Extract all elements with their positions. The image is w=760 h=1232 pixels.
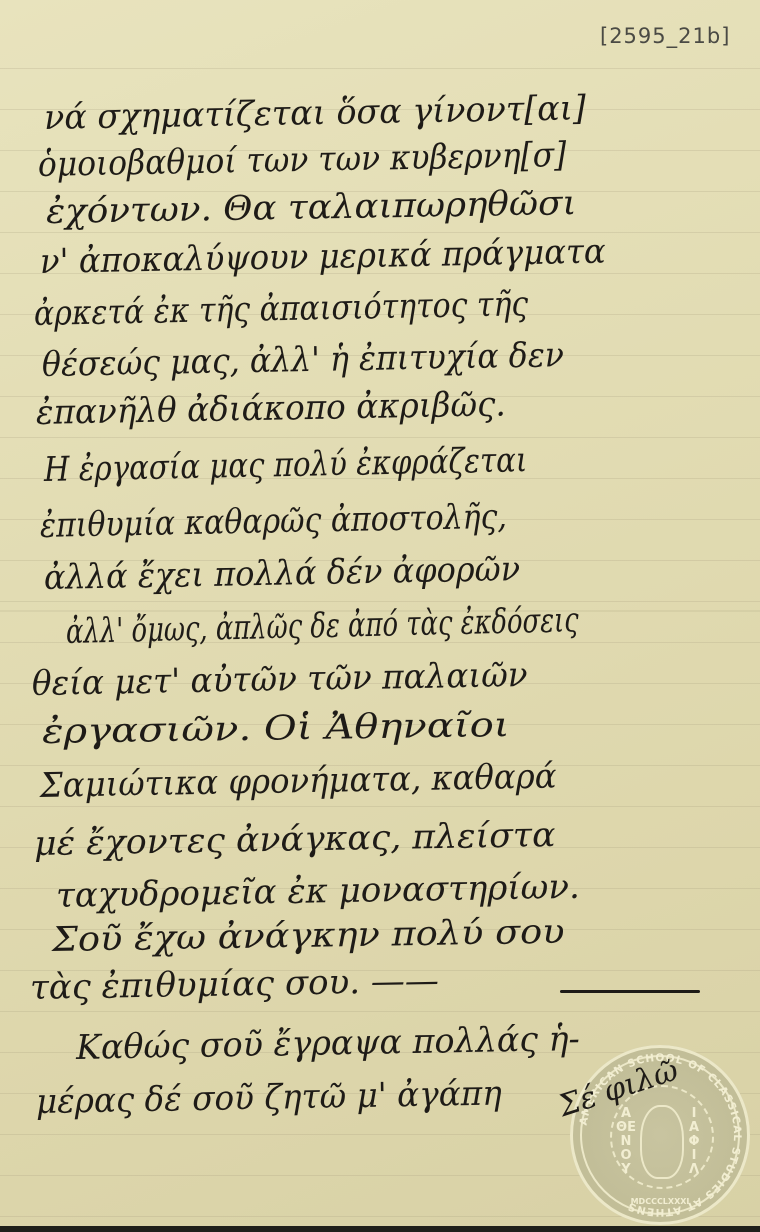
handwritten-line: ἐργασιῶν. Οἱ Ἀθηναῖοι [42, 705, 510, 752]
archive-reference-number: [2595_21b] [600, 24, 730, 48]
seal-letters-left: Α ΘΕ Ν Ο Υ [616, 1107, 636, 1177]
seal-vase-icon [640, 1105, 684, 1179]
handwritten-line: ἐπανῆλθ ἀδιάκοπο ἀκριβῶς. [36, 384, 506, 433]
seal-letters-right: Ι Α Φ Ι Λ [684, 1107, 704, 1177]
handwritten-line: τὰς ἐπιθυμίας σου. —— [30, 961, 440, 1008]
scan-border [0, 1226, 760, 1232]
handwritten-line: Σοῦ ἔχω ἀνάγκην πολύ σου [52, 912, 565, 960]
handwritten-line: μέρας δέ σοῦ ζητῶ μ' ἀγάπη [36, 1074, 502, 1122]
seal-year: MDCCCLXXXI [620, 1197, 700, 1206]
document-page: [2595_21b] νά σχηματίζεται ὅσα γίνοντ[αι… [0, 0, 760, 1226]
closing-flourish-line [560, 990, 700, 993]
